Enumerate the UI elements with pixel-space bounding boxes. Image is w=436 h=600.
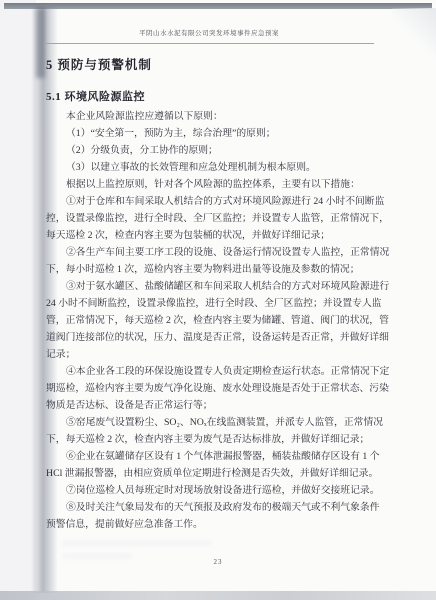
- body-line: ③对于氨水罐区、盐酸储罐区和车间采取人机结合的方式对环境风险源进行: [46, 278, 392, 295]
- body-text-block: 本企业风险源监控应遵循以下原则： （1）“安全第一，预防为主，综合治理”的原则；…: [46, 108, 392, 533]
- body-line: 管，正常情况下，每天巡检 2 次，检查内容主要为储罐、管道、阀门的状况，管: [46, 312, 392, 329]
- header-rule: [44, 43, 374, 44]
- body-line: 期巡检，巡检内容主要为废气净化设施、废水处理设施是否处于正常状态、污染: [46, 380, 392, 397]
- body-line: （2）分级负责，分工协作的原则；: [46, 142, 392, 159]
- section-heading: 5 预防与预警机制: [46, 55, 152, 73]
- body-line: 物质是否达标、设备是否正常运行等；: [46, 397, 392, 414]
- body-line: 道阀门连接部位的状况，压力、温度是否正常，设备运转是否正常，并做好详细: [46, 329, 392, 346]
- body-line: ⑧及时关注气象局发布的天气预报及政府发布的极端天气或不利气象条件: [46, 499, 392, 516]
- page-number: 23: [0, 558, 436, 566]
- bleed-through-smudge: [62, 540, 212, 546]
- body-line: 预警信息，提前做好应急准备工作。: [46, 516, 392, 533]
- subsection-heading: 5.1 环境风险源监控: [46, 88, 145, 104]
- body-line: 记录；: [46, 346, 392, 363]
- page-corner-fold: [392, 8, 436, 64]
- body-line: ⑥企业在氨罐储存区设有 1 个气体泄漏报警器，桶装盐酸储存区设有 1 个: [46, 448, 392, 465]
- body-line: 下，每天巡检 2 次，检查内容主要为废气是否达标排放，并做好详细记录；: [46, 431, 392, 448]
- running-header: 平阴山水水泥有限公司突发环境事件应急预案: [44, 28, 374, 37]
- scan-bottom-edge-bar: [0, 591, 436, 600]
- body-line: 下，每小时巡检 1 次，巡检内容主要为物料进出量等设施及参数的情况；: [46, 261, 392, 278]
- body-line: （1）“安全第一，预防为主，综合治理”的原则；: [46, 125, 392, 142]
- body-line: ⑦岗位巡检人员每班定时对现场放射设备进行巡检，并做好交接班记录。: [46, 482, 392, 499]
- body-line: ①对于仓库和车间采取人机结合的方式对环境风险源进行 24 小时不间断监: [46, 193, 392, 210]
- scanned-document-page: 平阴山水水泥有限公司突发环境事件应急预案 5 预防与预警机制 5.1 环境风险源…: [0, 0, 436, 600]
- body-line: HCl 泄漏报警器，由相应资质单位定期进行检测是否失效，并做好详细记录。: [46, 465, 392, 482]
- body-line: 根据以上监控原则，针对各个风险源的监控体系，主要有以下措施：: [46, 176, 392, 193]
- body-line: 控，设置录像监控，进行全时段、全厂区监控；并设置专人监管，正常情况下，: [46, 210, 392, 227]
- scan-top-edge-bar: [4, 3, 432, 9]
- body-line: ④本企业各工段的环保设施设置专人负责定期检查运行状态。正常情况下定: [46, 363, 392, 380]
- body-line: ②各生产车间主要工序工段的设施、设备运行情况设置专人监控，正常情况: [46, 244, 392, 261]
- body-line: 本企业风险源监控应遵循以下原则：: [46, 108, 392, 125]
- body-line: 每天巡检 2 次，检查内容主要为包装桶的状况，并做好详细记录；: [46, 227, 392, 244]
- body-line: （3）以建立事故的长效管理和应急处理机制为根本原则。: [46, 159, 392, 176]
- body-line: 24 小时不间断监控，设置录像监控，进行全时段、全厂区监控；并设置专人监: [46, 295, 392, 312]
- body-line: ⑤窑尾废气设置粉尘、SO₂、NOₓ在线监测装置，并派专人监管，正常情况: [46, 414, 392, 431]
